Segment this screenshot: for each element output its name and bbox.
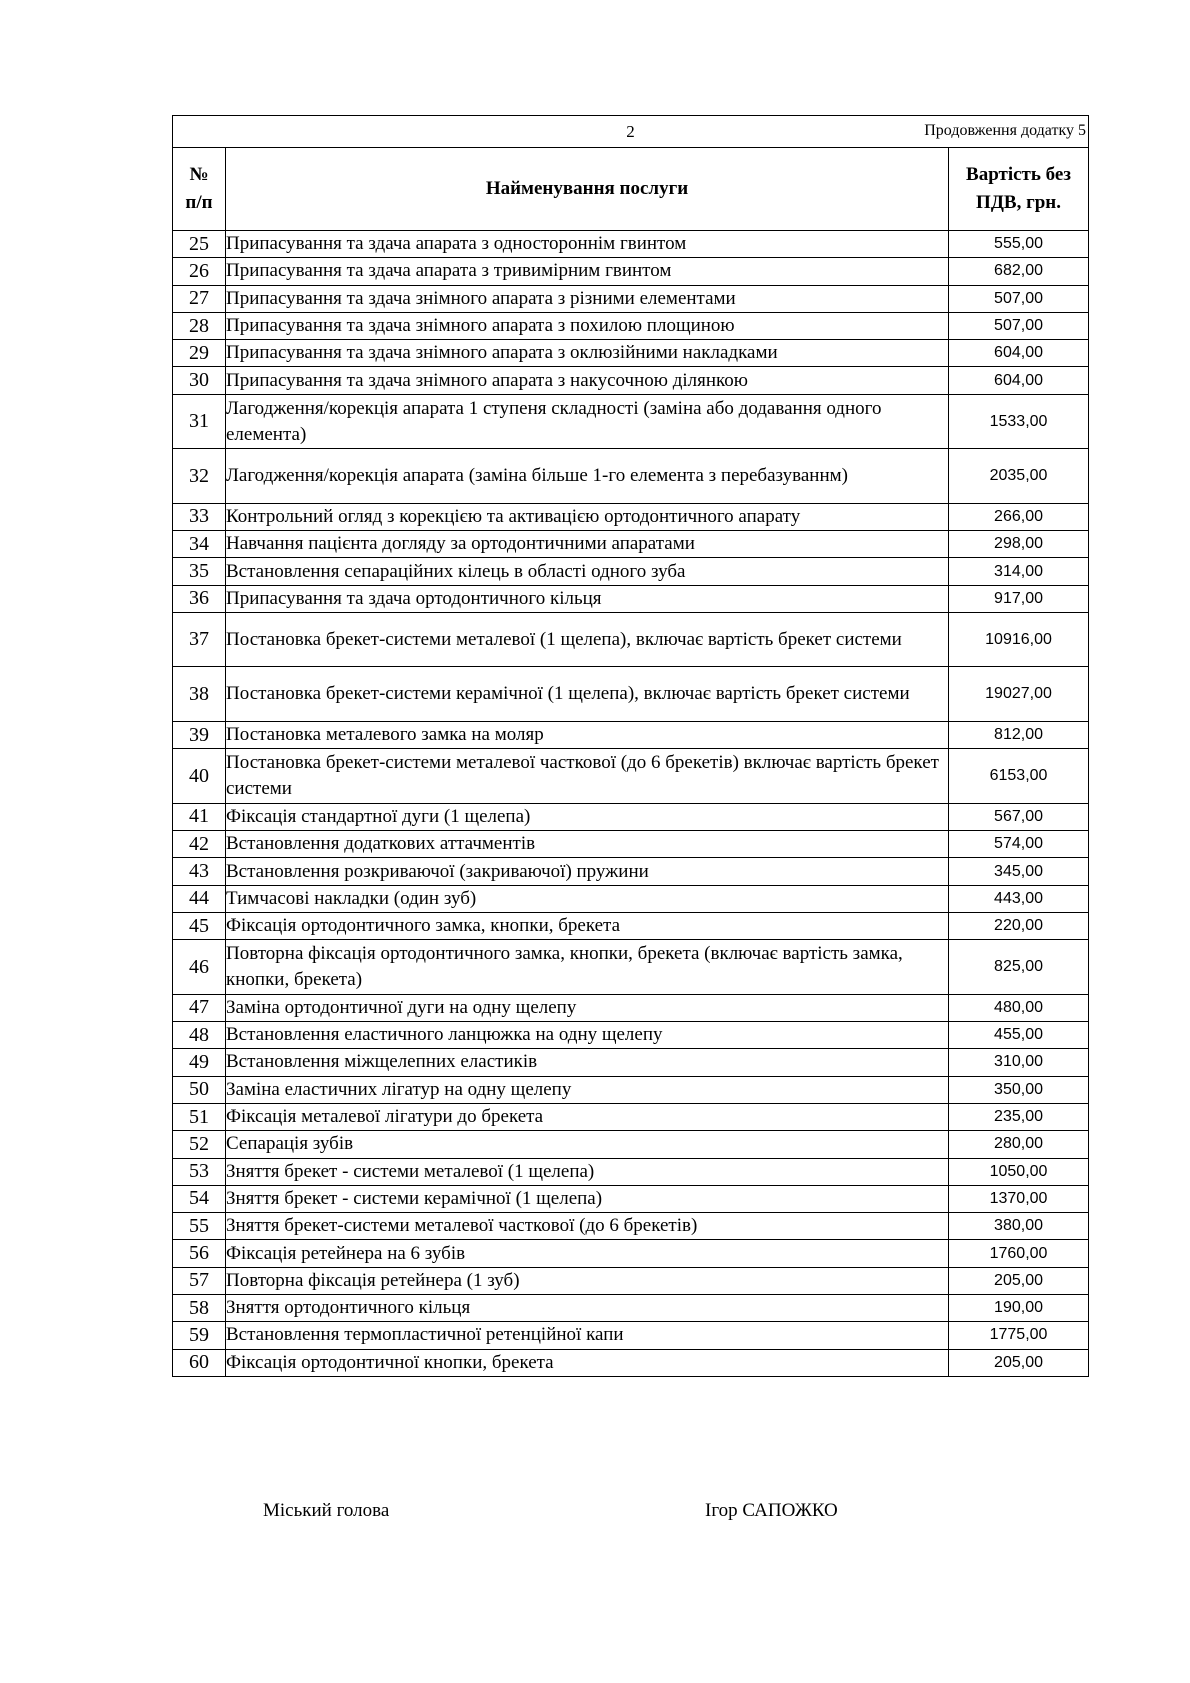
table-row: 29Припасування та здача знімного апарата…: [173, 340, 1089, 367]
service-price: 455,00: [949, 1022, 1089, 1049]
service-price: 19027,00: [949, 667, 1089, 722]
service-price: 574,00: [949, 831, 1089, 858]
table-row: 60Фіксація ортодонтичної кнопки, брекета…: [173, 1349, 1089, 1376]
table-row: 57Повторна фіксація ретейнера (1 зуб)205…: [173, 1267, 1089, 1294]
table-row: 33Контрольний огляд з корекцією та актив…: [173, 503, 1089, 530]
service-name: Фіксація ортодонтичної кнопки, брекета: [226, 1349, 949, 1376]
service-name: Фіксація ортодонтичного замка, кнопки, б…: [226, 912, 949, 939]
table-row: 51Фіксація металевої лігатури до брекета…: [173, 1103, 1089, 1130]
continuation-label: Продовження додатку 5: [924, 122, 1086, 140]
table-row: 36Припасування та здача ортодонтичного к…: [173, 585, 1089, 612]
service-price: 266,00: [949, 503, 1089, 530]
table-row: 42Встановлення додаткових аттачментів574…: [173, 831, 1089, 858]
service-name: Встановлення додаткових аттачментів: [226, 831, 949, 858]
service-name: Припасування та здача апарата з тривимір…: [226, 258, 949, 285]
service-price: 1533,00: [949, 394, 1089, 449]
row-number: 52: [173, 1131, 226, 1158]
row-number: 49: [173, 1049, 226, 1076]
row-number: 25: [173, 231, 226, 258]
column-header-row: № п/п Найменування послуги Вартість без …: [173, 148, 1089, 231]
service-price: 917,00: [949, 585, 1089, 612]
table-row: 59Встановлення термопластичної ретенційн…: [173, 1322, 1089, 1349]
service-name: Зняття брекет - системи керамічної (1 ще…: [226, 1185, 949, 1212]
service-price: 10916,00: [949, 612, 1089, 667]
row-number: 46: [173, 940, 226, 995]
table-row: 58Зняття ортодонтичного кільця190,00: [173, 1295, 1089, 1322]
row-number: 35: [173, 558, 226, 585]
row-number: 55: [173, 1213, 226, 1240]
service-price: 567,00: [949, 803, 1089, 830]
table-row: 44Тимчасові накладки (один зуб)443,00: [173, 885, 1089, 912]
row-number: 26: [173, 258, 226, 285]
table-row: 35Встановлення сепараційних кілець в обл…: [173, 558, 1089, 585]
row-number: 30: [173, 367, 226, 394]
row-number: 40: [173, 749, 226, 804]
table-row: 56Фіксація ретейнера на 6 зубів1760,00: [173, 1240, 1089, 1267]
table-row: 40Постановка брекет-системи металевої ча…: [173, 749, 1089, 804]
service-name: Встановлення термопластичної ретенційної…: [226, 1322, 949, 1349]
table-row: 26Припасування та здача апарата з тривим…: [173, 258, 1089, 285]
service-name: Сепарація зубів: [226, 1131, 949, 1158]
row-number: 32: [173, 449, 226, 504]
service-price: 812,00: [949, 721, 1089, 748]
table-row: 52Сепарація зубів280,00: [173, 1131, 1089, 1158]
service-price: 1775,00: [949, 1322, 1089, 1349]
service-price: 220,00: [949, 912, 1089, 939]
service-name: Постановка брекет-системи металевої (1 щ…: [226, 612, 949, 667]
service-price: 507,00: [949, 285, 1089, 312]
service-price: 350,00: [949, 1076, 1089, 1103]
row-number: 28: [173, 312, 226, 339]
service-price: 555,00: [949, 231, 1089, 258]
service-price: 825,00: [949, 940, 1089, 995]
price-table: 2 Продовження додатку 5 № п/п Найменуван…: [172, 115, 1089, 1377]
service-name: Встановлення розкриваючої (закриваючої) …: [226, 858, 949, 885]
row-number: 59: [173, 1322, 226, 1349]
service-name: Припасування та здача знімного апарата з…: [226, 367, 949, 394]
column-header-number: № п/п: [173, 148, 226, 231]
table-row: 48Встановлення еластичного ланцюжка на о…: [173, 1022, 1089, 1049]
service-name: Лагодження/корекція апарата 1 ступеня ск…: [226, 394, 949, 449]
row-number: 31: [173, 394, 226, 449]
table-row: 28Припасування та здача знімного апарата…: [173, 312, 1089, 339]
service-price: 205,00: [949, 1267, 1089, 1294]
service-price: 190,00: [949, 1295, 1089, 1322]
row-number: 29: [173, 340, 226, 367]
row-number: 38: [173, 667, 226, 722]
table-row: 39Постановка металевого замка на моляр81…: [173, 721, 1089, 748]
service-price: 205,00: [949, 1349, 1089, 1376]
row-number: 56: [173, 1240, 226, 1267]
table-row: 49Встановлення міжщелепних еластиків310,…: [173, 1049, 1089, 1076]
signature-name: Ігор САПОЖКО: [705, 1500, 838, 1522]
service-name: Постановка брекет-системи металевої част…: [226, 749, 949, 804]
table-row: 46Повторна фіксація ортодонтичного замка…: [173, 940, 1089, 995]
row-number: 60: [173, 1349, 226, 1376]
row-number: 27: [173, 285, 226, 312]
service-price: 604,00: [949, 367, 1089, 394]
service-price: 682,00: [949, 258, 1089, 285]
service-price: 2035,00: [949, 449, 1089, 504]
table-row: 45Фіксація ортодонтичного замка, кнопки,…: [173, 912, 1089, 939]
service-name: Припасування та здача знімного апарата з…: [226, 285, 949, 312]
service-price: 310,00: [949, 1049, 1089, 1076]
service-name: Припасування та здача апарата з одностор…: [226, 231, 949, 258]
service-price: 298,00: [949, 531, 1089, 558]
row-number: 37: [173, 612, 226, 667]
row-number: 42: [173, 831, 226, 858]
row-number: 50: [173, 1076, 226, 1103]
service-name: Встановлення сепараційних кілець в облас…: [226, 558, 949, 585]
service-price: 604,00: [949, 340, 1089, 367]
service-name: Лагодження/корекція апарата (заміна біль…: [226, 449, 949, 504]
service-name: Постановка металевого замка на моляр: [226, 721, 949, 748]
table-row: 38Постановка брекет-системи керамічної (…: [173, 667, 1089, 722]
row-number: 53: [173, 1158, 226, 1185]
service-name: Заміна ортодонтичної дуги на одну щелепу: [226, 994, 949, 1021]
table-row: 34Навчання пацієнта догляду за ортодонти…: [173, 531, 1089, 558]
service-price: 314,00: [949, 558, 1089, 585]
service-name: Припасування та здача ортодонтичного кіл…: [226, 585, 949, 612]
table-row: 50Заміна еластичних лігатур на одну щеле…: [173, 1076, 1089, 1103]
row-number: 45: [173, 912, 226, 939]
row-number: 44: [173, 885, 226, 912]
column-header-price: Вартість без ПДВ, грн.: [949, 148, 1089, 231]
service-name: Зняття брекет-системи металевої частково…: [226, 1213, 949, 1240]
service-price: 345,00: [949, 858, 1089, 885]
row-number: 51: [173, 1103, 226, 1130]
service-name: Фіксація ретейнера на 6 зубів: [226, 1240, 949, 1267]
service-name: Тимчасові накладки (один зуб): [226, 885, 949, 912]
service-name: Фіксація металевої лігатури до брекета: [226, 1103, 949, 1130]
service-name: Встановлення міжщелепних еластиків: [226, 1049, 949, 1076]
table-row: 32Лагодження/корекція апарата (заміна бі…: [173, 449, 1089, 504]
service-price: 6153,00: [949, 749, 1089, 804]
table-row: 53Зняття брекет - системи металевої (1 щ…: [173, 1158, 1089, 1185]
table-row: 27Припасування та здача знімного апарата…: [173, 285, 1089, 312]
table-row: 47Заміна ортодонтичної дуги на одну щеле…: [173, 994, 1089, 1021]
row-number: 54: [173, 1185, 226, 1212]
row-number: 39: [173, 721, 226, 748]
service-price: 443,00: [949, 885, 1089, 912]
service-price: 1370,00: [949, 1185, 1089, 1212]
row-number: 41: [173, 803, 226, 830]
service-name: Припасування та здача знімного апарата з…: [226, 340, 949, 367]
service-name: Зняття брекет - системи металевої (1 щел…: [226, 1158, 949, 1185]
page-header-row: 2 Продовження додатку 5: [173, 116, 1089, 148]
service-name: Припасування та здача знімного апарата з…: [226, 312, 949, 339]
row-number: 33: [173, 503, 226, 530]
service-name: Зняття ортодонтичного кільця: [226, 1295, 949, 1322]
table-row: 43Встановлення розкриваючої (закриваючої…: [173, 858, 1089, 885]
service-name: Постановка брекет-системи керамічної (1 …: [226, 667, 949, 722]
row-number: 47: [173, 994, 226, 1021]
service-price: 1050,00: [949, 1158, 1089, 1185]
service-name: Повторна фіксація ортодонтичного замка, …: [226, 940, 949, 995]
table-row: 31Лагодження/корекція апарата 1 ступеня …: [173, 394, 1089, 449]
service-name: Повторна фіксація ретейнера (1 зуб): [226, 1267, 949, 1294]
row-number: 48: [173, 1022, 226, 1049]
service-price: 480,00: [949, 994, 1089, 1021]
row-number: 36: [173, 585, 226, 612]
service-price: 280,00: [949, 1131, 1089, 1158]
service-name: Контрольний огляд з корекцією та активац…: [226, 503, 949, 530]
row-number: 43: [173, 858, 226, 885]
service-name: Заміна еластичних лігатур на одну щелепу: [226, 1076, 949, 1103]
service-name: Встановлення еластичного ланцюжка на одн…: [226, 1022, 949, 1049]
table-row: 55Зняття брекет-системи металевої частко…: [173, 1213, 1089, 1240]
table-row: 54Зняття брекет - системи керамічної (1 …: [173, 1185, 1089, 1212]
service-name: Навчання пацієнта догляду за ортодонтичн…: [226, 531, 949, 558]
table-row: 37Постановка брекет-системи металевої (1…: [173, 612, 1089, 667]
service-price: 235,00: [949, 1103, 1089, 1130]
row-number: 58: [173, 1295, 226, 1322]
table-row: 41Фіксація стандартної дуги (1 щелепа)56…: [173, 803, 1089, 830]
row-number: 34: [173, 531, 226, 558]
signature-position: Міський голова: [263, 1500, 389, 1522]
column-header-name: Найменування послуги: [226, 148, 949, 231]
row-number: 57: [173, 1267, 226, 1294]
service-price: 1760,00: [949, 1240, 1089, 1267]
page-number: 2: [626, 122, 635, 141]
service-price: 380,00: [949, 1213, 1089, 1240]
service-name: Фіксація стандартної дуги (1 щелепа): [226, 803, 949, 830]
service-price: 507,00: [949, 312, 1089, 339]
table-row: 25Припасування та здача апарата з одност…: [173, 231, 1089, 258]
table-row: 30Припасування та здача знімного апарата…: [173, 367, 1089, 394]
